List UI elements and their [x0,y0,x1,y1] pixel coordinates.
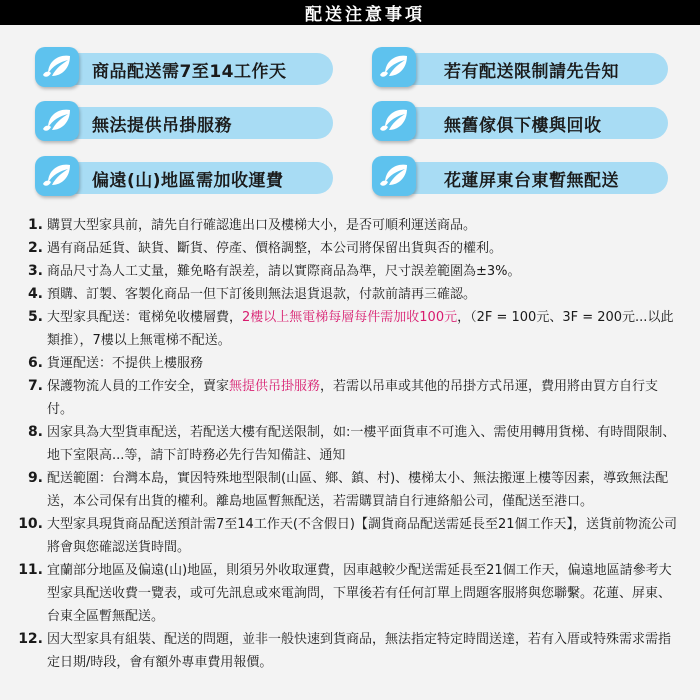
badge-label: 商品配送需7至14工作天 [92,57,287,82]
badge-delivery-time: 商品配送需7至14工作天 [35,47,333,87]
note-number: 10. [13,513,47,536]
leaf-icon [372,47,416,87]
note-number: 7. [22,375,47,398]
note-number: 2. [22,237,47,260]
note-highlight: 無提供吊掛服務 [229,379,320,394]
note-number: 4. [22,283,47,306]
note-item: 9. 配送範圍：台灣本島，實因特殊地型限制(山區、鄉、鎮、村)、樓梯太小、無法搬… [22,467,682,513]
badge-label: 花蓮屏東台東暫無配送 [444,166,619,191]
note-item: 11. 宜蘭部分地區及偏遠(山)地區，則須另外收取運費，因車越較少配送需延長至2… [22,559,682,628]
badge-no-hoisting: 無法提供吊掛服務 [35,101,333,141]
note-text: 因家具為大型貨車配送，若配送大樓有配送限制，如:一樓平面貨車不可進入、需使用轉用… [47,425,675,463]
note-item: 12. 因大型家具有組裝、配送的問題，並非一般快速到貨商品，無法指定特定時間送達… [22,628,682,674]
note-item: 3. 商品尺寸為人工丈量，難免略有誤差，請以實際商品為準，尺寸誤差範圍為±3%。 [22,260,682,283]
note-text: 宜蘭部分地區及偏遠(山)地區，則須另外收取運費，因車越較少配送需延長至21個工作… [47,563,672,624]
note-number: 5. [22,306,47,329]
note-item: 6. 貨運配送：不提供上樓服務 [22,352,682,375]
note-number: 12. [13,628,47,651]
badge-pill: 若有配送限制請先告知 [402,53,668,85]
note-text: 大型家具現貨商品配送預計需7至14工作天(不含假日)【調貨商品配送需延長至21個… [47,517,677,555]
badge-remote-fee: 偏遠(山)地區需加收運費 [35,156,333,196]
note-text: 貨運配送：不提供上樓服務 [47,356,203,371]
badge-pill: 無舊傢俱下樓與回收 [402,107,668,139]
leaf-icon [35,101,79,141]
badge-no-east-delivery: 花蓮屏東台東暫無配送 [372,156,668,196]
badge-no-recycle: 無舊傢俱下樓與回收 [372,101,668,141]
note-number: 11. [13,559,47,582]
note-number: 1. [22,214,47,237]
note-number: 6. [22,352,47,375]
note-item: 10. 大型家具現貨商品配送預計需7至14工作天(不含假日)【調貨商品配送需延長… [22,513,682,559]
note-text: 遇有商品延貨、缺貨、斷貨、停產、價格調整，本公司將保留出貨與否的權利。 [47,241,502,256]
note-text: 因大型家具有組裝、配送的問題，並非一般快速到貨商品，無法指定特定時間送達，若有入… [47,632,671,670]
note-item: 5. 大型家具配送：電梯免收樓層費，2樓以上無電梯每層每件需加收100元，（2F… [22,306,682,352]
badge-pill: 商品配送需7至14工作天 [65,53,333,85]
leaf-icon [372,101,416,141]
note-text: 預購、訂製、客製化商品一但下訂後則無法退貨退款，付款前請再三確認。 [47,287,476,302]
page-title: 配送注意事項 [305,0,425,25]
note-text: 購買大型家具前，請先自行確認進出口及樓梯大小，是否可順利運送商品。 [47,218,476,233]
badge-pill: 花蓮屏東台東暫無配送 [402,162,668,194]
leaf-icon [35,156,79,196]
note-number: 8. [22,421,47,444]
note-text: 保護物流人員的工作安全，賣家 [47,379,229,394]
note-item: 7. 保護物流人員的工作安全，賣家無提供吊掛服務，若需以吊車或其他的吊掛方式吊運… [22,375,682,421]
badge-label: 無法提供吊掛服務 [92,111,232,136]
note-item: 4. 預購、訂製、客製化商品一但下訂後則無法退貨退款，付款前請再三確認。 [22,283,682,306]
badge-pill: 偏遠(山)地區需加收運費 [65,162,333,194]
badge-label: 若有配送限制請先告知 [444,57,619,82]
badge-delivery-limit: 若有配送限制請先告知 [372,47,668,87]
leaf-icon [35,47,79,87]
delivery-notes-list: 1. 購買大型家具前，請先自行確認進出口及樓梯大小，是否可順利運送商品。 2. … [22,214,682,674]
note-number: 9. [22,467,47,490]
note-text: 商品尺寸為人工丈量，難免略有誤差，請以實際商品為準，尺寸誤差範圍為±3%。 [47,264,521,279]
note-item: 2. 遇有商品延貨、缺貨、斷貨、停產、價格調整，本公司將保留出貨與否的權利。 [22,237,682,260]
note-highlight: 2樓以上無電梯每層每件需加收100元 [242,310,457,325]
note-text: 配送範圍：台灣本島，實因特殊地型限制(山區、鄉、鎮、村)、樓梯太小、無法搬運上樓… [47,471,668,509]
note-item: 8. 因家具為大型貨車配送，若配送大樓有配送限制，如:一樓平面貨車不可進入、需使… [22,421,682,467]
header-bar: 配送注意事項 [0,0,700,25]
note-text: 大型家具配送：電梯免收樓層費， [47,310,242,325]
badge-label: 無舊傢俱下樓與回收 [444,111,602,136]
badge-label: 偏遠(山)地區需加收運費 [92,166,284,191]
note-number: 3. [22,260,47,283]
badge-pill: 無法提供吊掛服務 [65,107,333,139]
note-item: 1. 購買大型家具前，請先自行確認進出口及樓梯大小，是否可順利運送商品。 [22,214,682,237]
leaf-icon [372,156,416,196]
